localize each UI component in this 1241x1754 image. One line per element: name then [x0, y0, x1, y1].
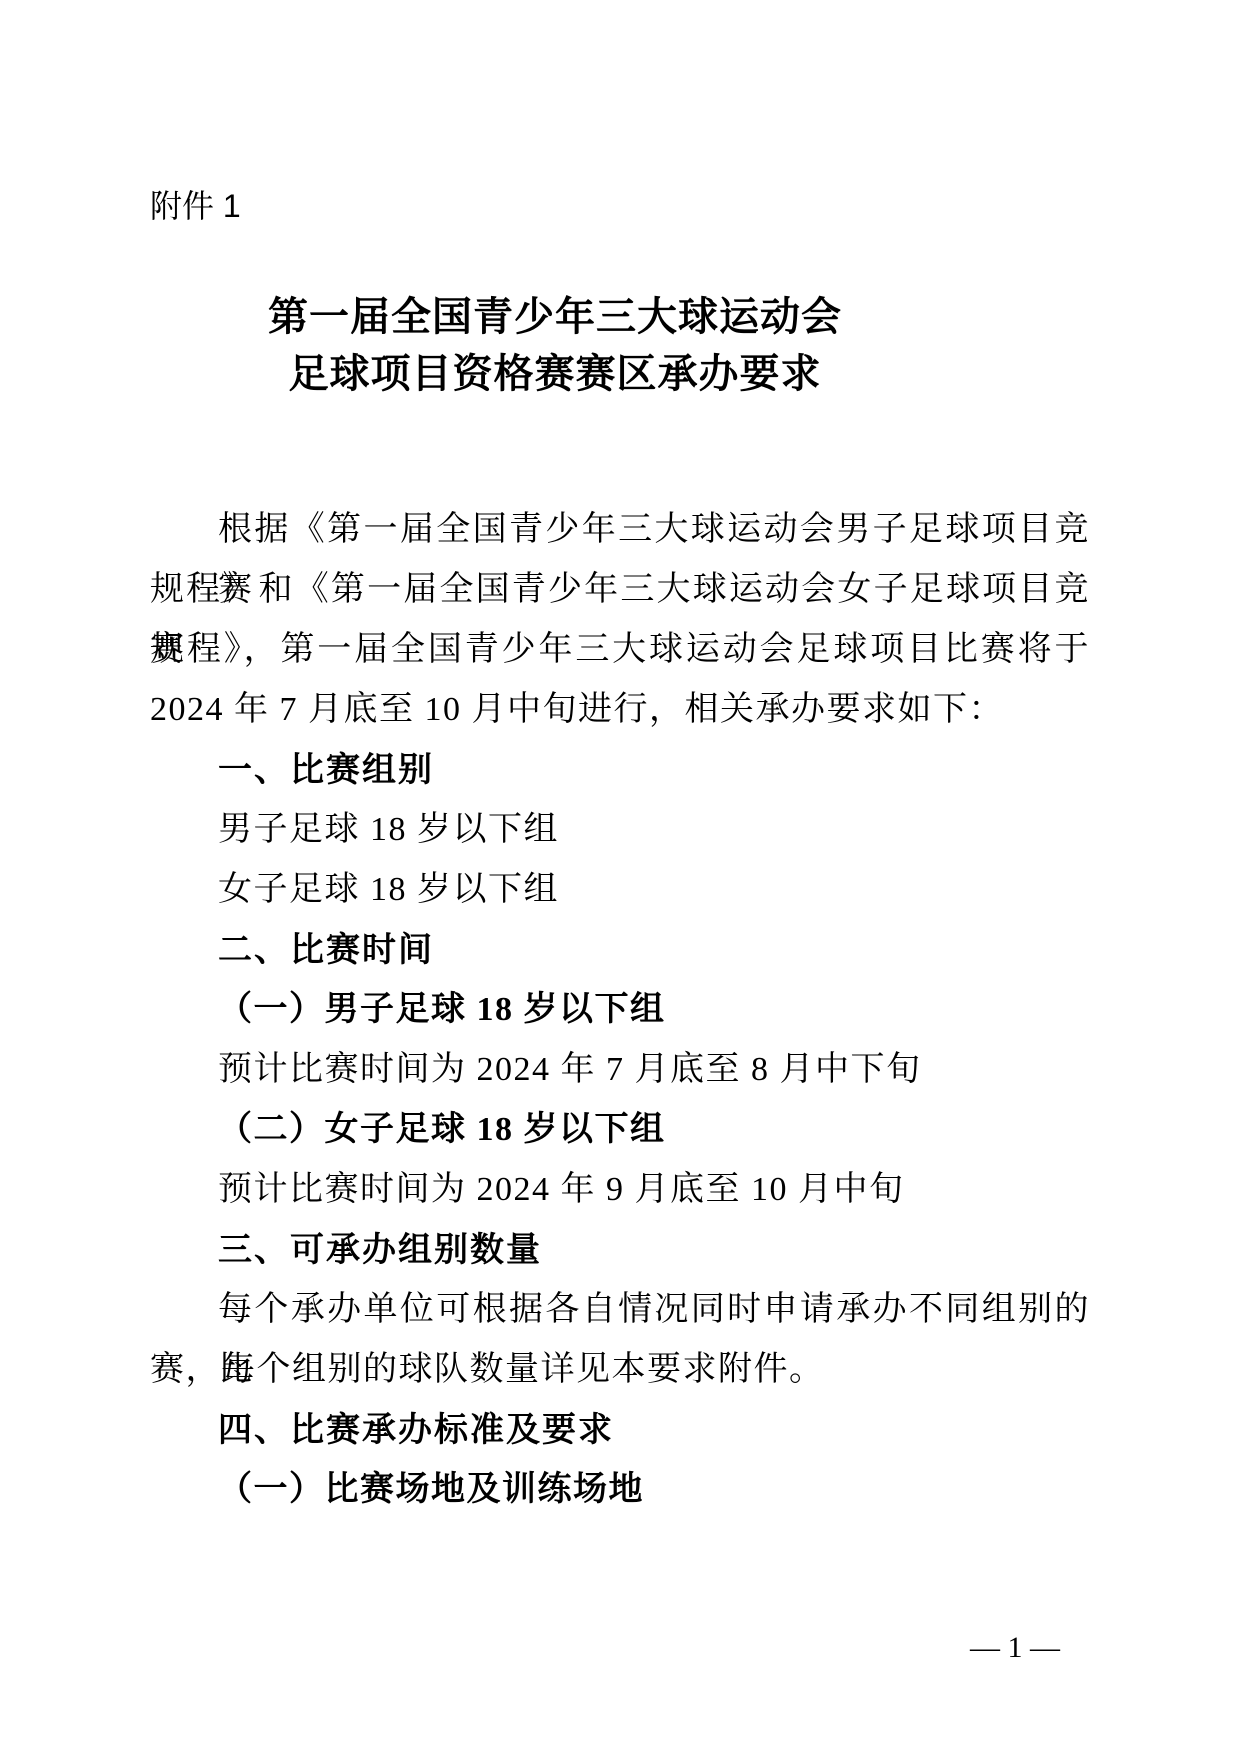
paragraph-section3-line-2: 赛，每个组别的球队数量详见本要求附件。	[150, 1340, 1090, 1400]
boys-schedule-text: 预计比赛时间为 2024 年 7 月底至 8 月中下旬	[150, 1040, 1090, 1100]
group-boys-u18: 男子足球 18 岁以下组	[150, 800, 1090, 860]
paragraph-intro-line-2: 规程》和《第一届全国青少年三大球运动会女子足球项目竞赛	[150, 560, 1090, 620]
document-body: 根据《第一届全国青少年三大球运动会男子足球项目竞赛 规程》和《第一届全国青少年三…	[150, 500, 1090, 1520]
section-2-heading: 二、比赛时间	[150, 920, 1090, 980]
subsection-2-1-heading: （一）男子足球 18 岁以下组	[150, 980, 1090, 1040]
document-title: 第一届全国青少年三大球运动会 足球项目资格赛赛区承办要求	[150, 288, 960, 402]
girls-schedule-text: 预计比赛时间为 2024 年 9 月底至 10 月中旬	[150, 1160, 1090, 1220]
section-4-heading: 四、比赛承办标准及要求	[150, 1400, 1090, 1460]
subsection-2-2-heading: （二）女子足球 18 岁以下组	[150, 1100, 1090, 1160]
section-1-heading: 一、比赛组别	[150, 740, 1090, 800]
paragraph-intro-line-4: 2024 年 7 月底至 10 月中旬进行，相关承办要求如下：	[150, 680, 1090, 740]
page-number: — 1 —	[930, 1628, 1100, 1668]
paragraph-intro-line-3: 规程》，第一届全国青少年三大球运动会足球项目比赛将于	[150, 620, 1090, 680]
group-girls-u18: 女子足球 18 岁以下组	[150, 860, 1090, 920]
subsection-4-1-heading: （一）比赛场地及训练场地	[150, 1460, 1090, 1520]
paragraph-section3-line-1: 每个承办单位可根据各自情况同时申请承办不同组别的比	[150, 1280, 1090, 1340]
attachment-label: 附件 1	[150, 186, 241, 226]
title-line-1: 第一届全国青少年三大球运动会	[150, 288, 960, 345]
title-line-2: 足球项目资格赛赛区承办要求	[150, 345, 960, 402]
section-3-heading: 三、可承办组别数量	[150, 1220, 1090, 1280]
paragraph-intro-line-1: 根据《第一届全国青少年三大球运动会男子足球项目竞赛	[150, 500, 1090, 560]
document-page: 附件 1 第一届全国青少年三大球运动会 足球项目资格赛赛区承办要求 根据《第一届…	[0, 0, 1241, 1754]
